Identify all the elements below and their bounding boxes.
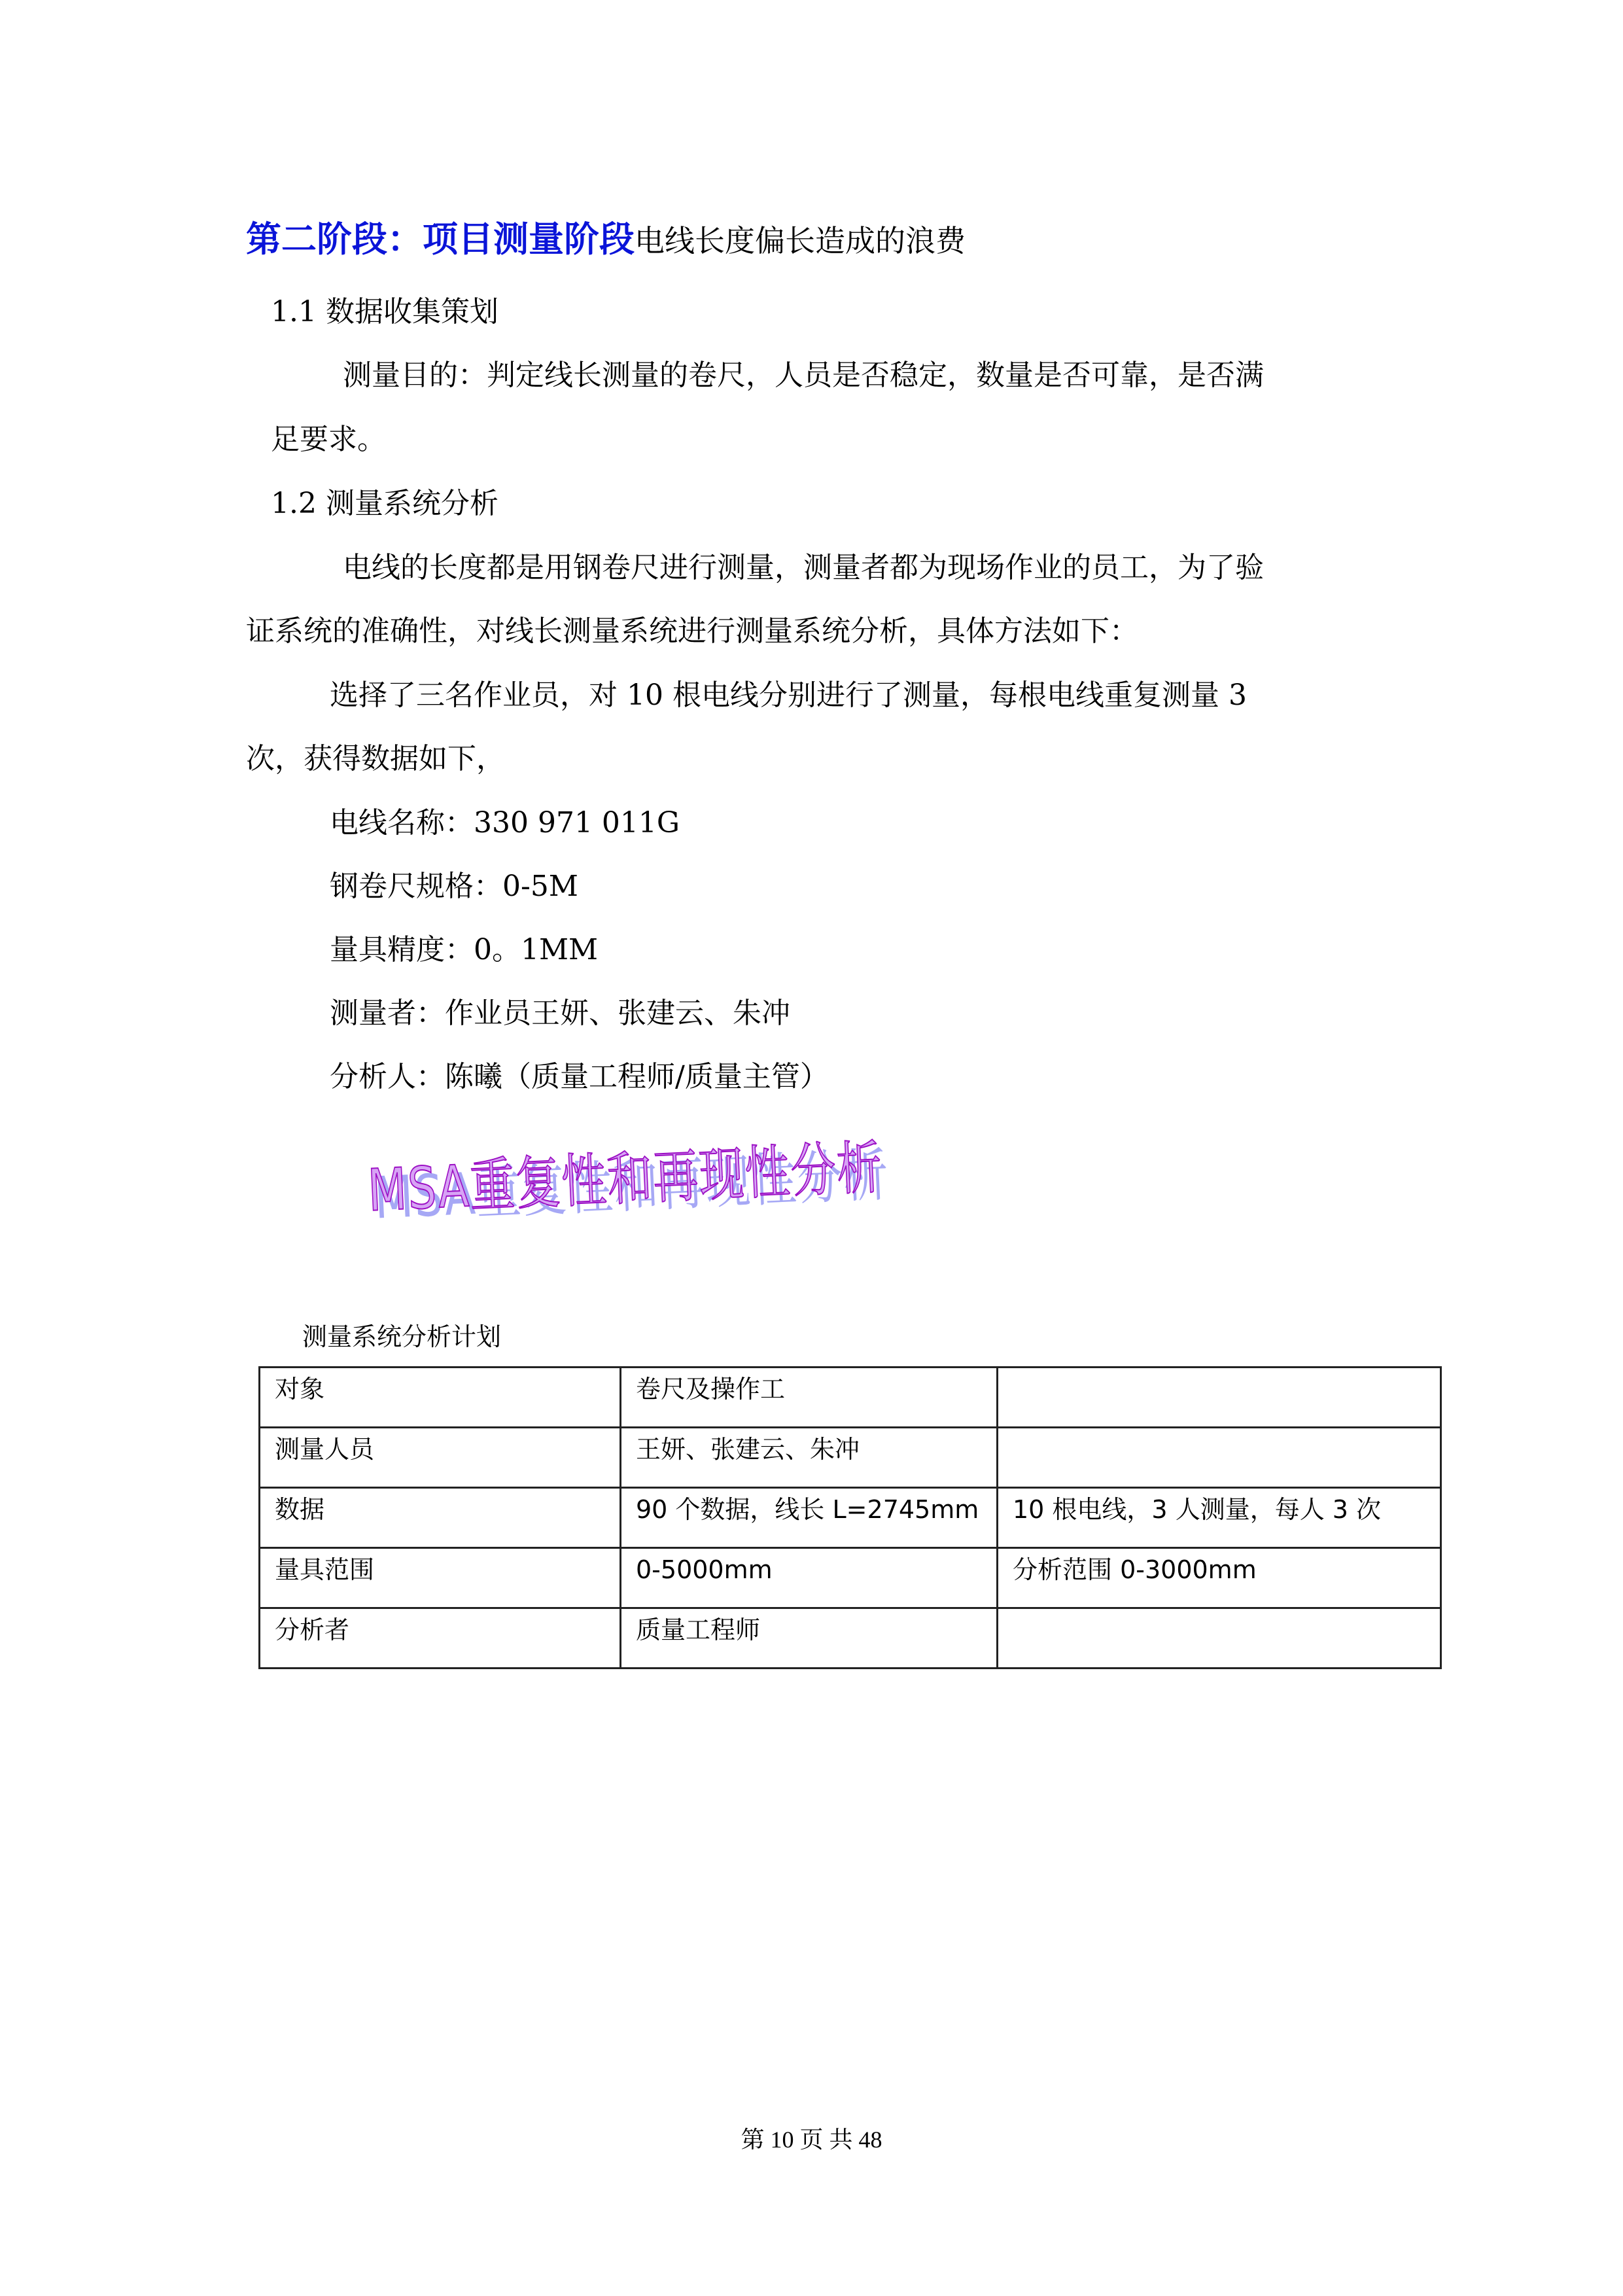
- page-number: 第 10 页 共 48: [0, 2125, 1623, 2154]
- stage-title: 第二阶段：项目测量阶段: [246, 219, 635, 260]
- section-title-1-2: 1.2 测量系统分析: [271, 484, 498, 523]
- table-cell: 卷尺及操作工: [621, 1368, 998, 1428]
- table-cell: 数据: [260, 1488, 621, 1548]
- table-row: 测量人员 王妍、张建云、朱冲: [260, 1428, 1441, 1488]
- section-title-1-1: 1.1 数据收集策划: [271, 292, 498, 332]
- table-cell: 王妍、张建云、朱冲: [621, 1428, 998, 1488]
- table-row: 分析者 质量工程师: [260, 1608, 1441, 1669]
- purpose-paragraph-line2: 足要求。: [271, 420, 386, 459]
- table-cell: [998, 1608, 1441, 1669]
- stage-heading: 第二阶段：项目测量阶段电线长度偏长造成的浪费: [246, 213, 966, 266]
- table-cell: 90 个数据，线长 L=2745mm: [621, 1488, 998, 1548]
- detail-operators: 测量者：作业员王妍、张建云、朱冲: [330, 994, 790, 1033]
- table-cell: 0-5000mm: [621, 1548, 998, 1608]
- purpose-paragraph-line1: 测量目的：判定线长测量的卷尺，人员是否稳定，数量是否可靠，是否满: [343, 356, 1264, 395]
- msa-plan-table: 对象 卷尺及操作工 测量人员 王妍、张建云、朱冲 数据 90 个数据，线长 L=…: [258, 1366, 1442, 1669]
- stage-subtitle: 电线长度偏长造成的浪费: [635, 223, 966, 258]
- table-row: 数据 90 个数据，线长 L=2745mm 10 根电线，3 人测量，每人 3 …: [260, 1488, 1441, 1548]
- table-cell: 分析者: [260, 1608, 621, 1669]
- detail-tape-spec: 钢卷尺规格：0-5M: [330, 867, 578, 906]
- table-cell: 分析范围 0-3000mm: [998, 1548, 1441, 1608]
- detail-analyst: 分析人：陈曦（质量工程师/质量主管）: [330, 1057, 829, 1097]
- method-paragraph-line1: 选择了三名作业员，对 10 根电线分别进行了测量，每根电线重复测量 3: [330, 676, 1247, 715]
- plan-table-caption: 测量系统分析计划: [302, 1320, 501, 1353]
- msa-paragraph-line1: 电线的长度都是用钢卷尺进行测量，测量者都为现场作业的员工，为了验: [343, 548, 1264, 588]
- table-cell: [998, 1368, 1441, 1428]
- msa-paragraph-line2: 证系统的准确性，对线长测量系统进行测量系统分析，具体方法如下：: [246, 612, 1138, 651]
- table-cell: 对象: [260, 1368, 621, 1428]
- table-cell: 量具范围: [260, 1548, 621, 1608]
- table-cell: 10 根电线，3 人测量，每人 3 次: [998, 1488, 1441, 1548]
- detail-wire-name: 电线名称：330 971 011G: [330, 804, 680, 843]
- table-cell: [998, 1428, 1441, 1488]
- table-row: 对象 卷尺及操作工: [260, 1368, 1441, 1428]
- table-cell: 测量人员: [260, 1428, 621, 1488]
- msa-wordart-title: MSA重复性和再现性分析: [366, 1131, 884, 1227]
- detail-gauge-precision: 量具精度：0。1MM: [330, 930, 598, 970]
- table-row: 量具范围 0-5000mm 分析范围 0-3000mm: [260, 1548, 1441, 1608]
- method-paragraph-line2: 次，获得数据如下，: [246, 739, 505, 779]
- table-cell: 质量工程师: [621, 1608, 998, 1669]
